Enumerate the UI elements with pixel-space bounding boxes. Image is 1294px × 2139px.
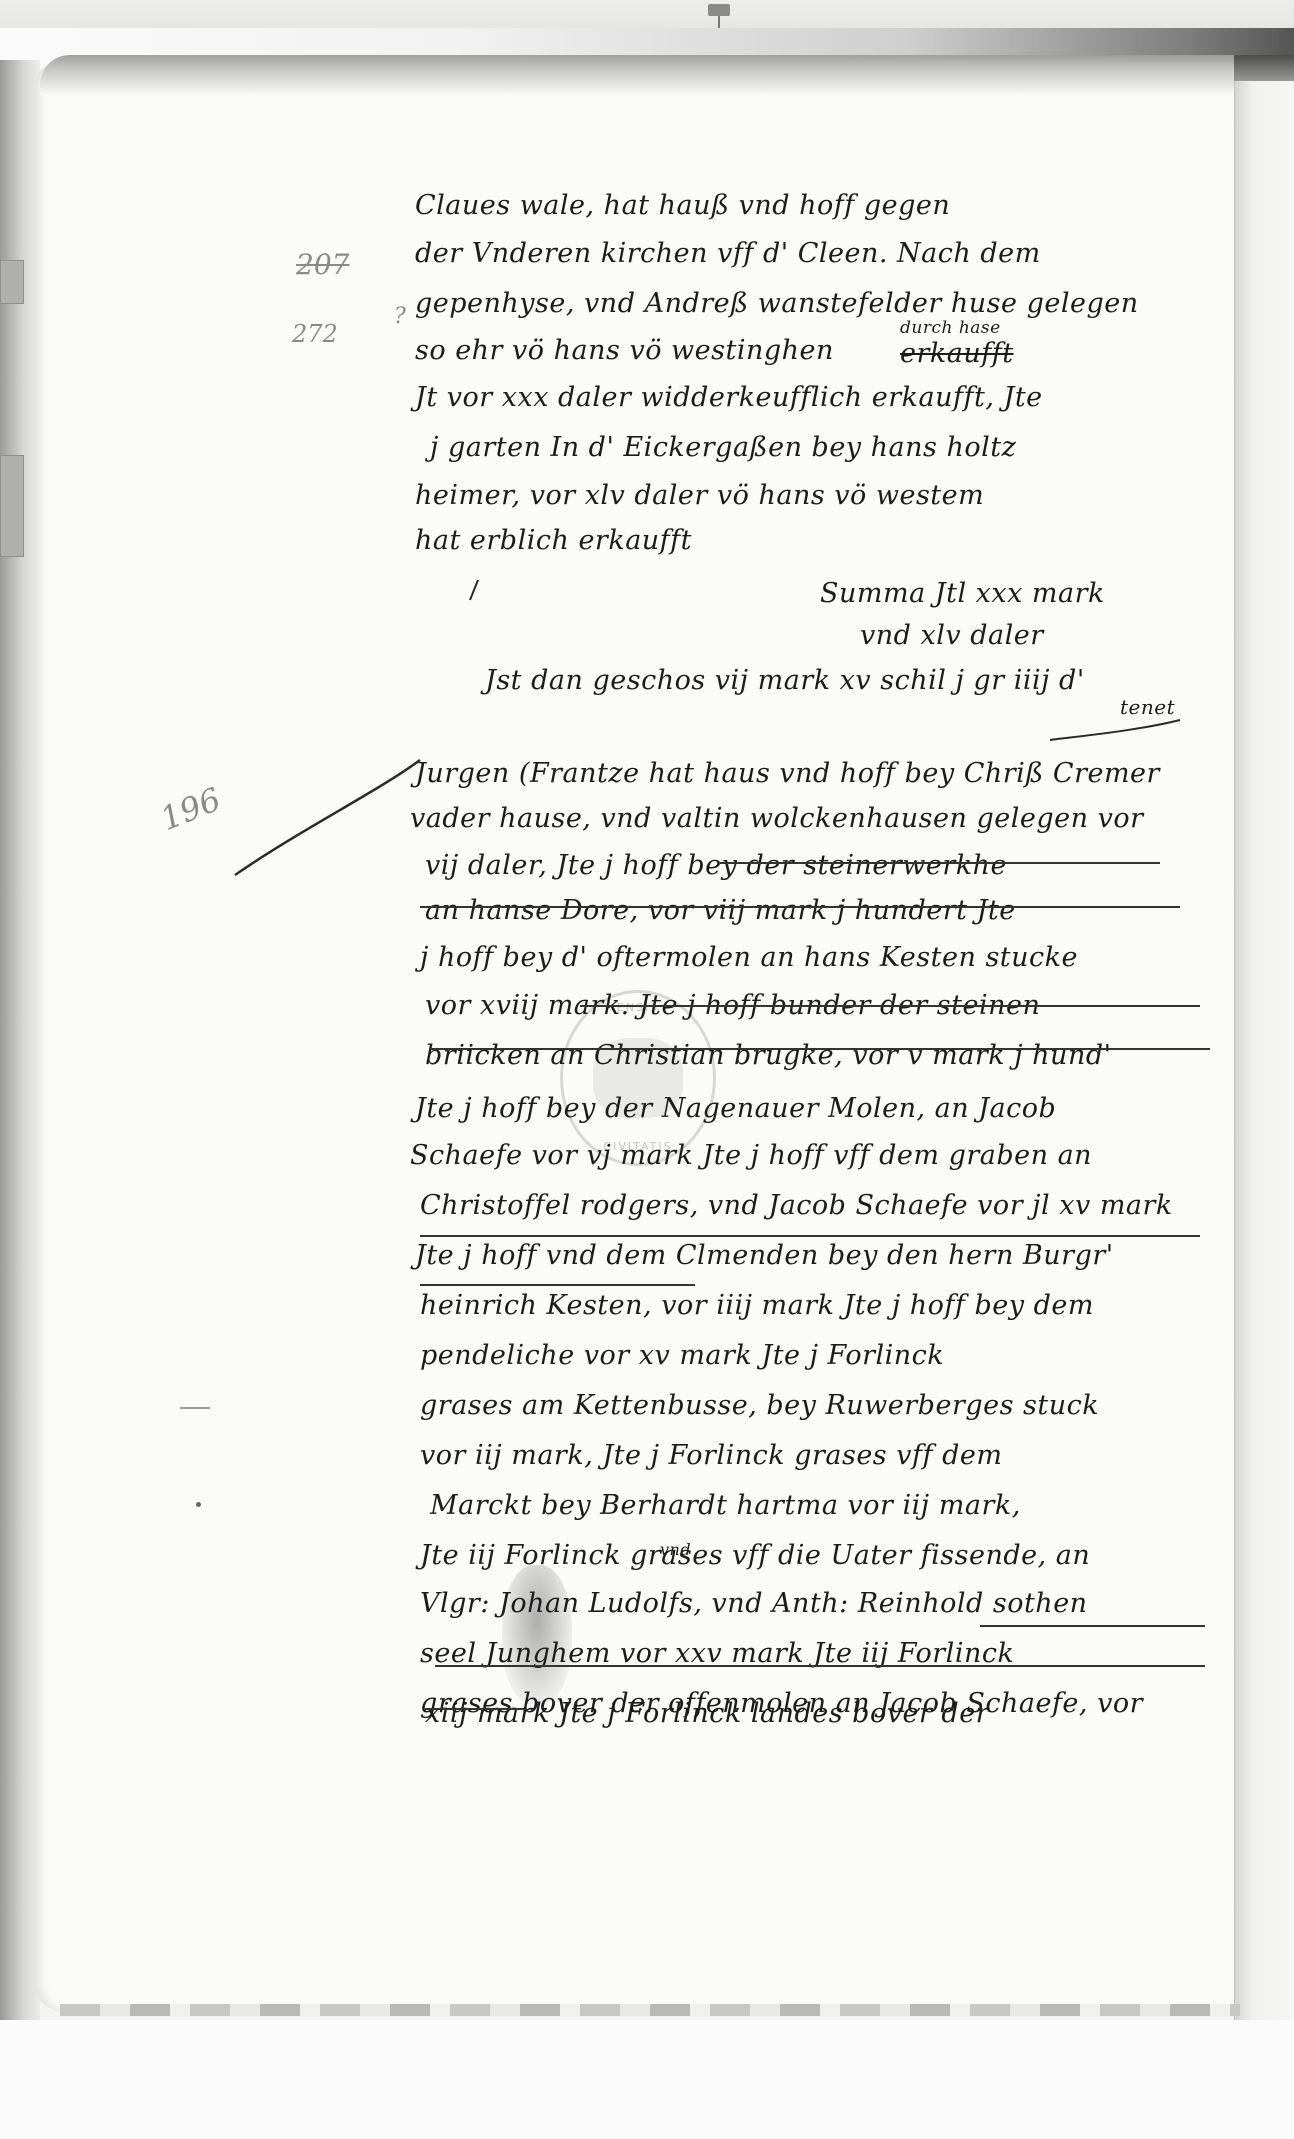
entry1-struck-word: erkaufft [900, 338, 1014, 369]
entry2-line: Schaefe vor vj mark Jte j hoff vff dem g… [410, 1140, 1092, 1171]
margin-dash [180, 1407, 210, 1409]
entry2-line: heinrich Kesten, vor iiij mark Jte j hof… [420, 1290, 1094, 1321]
underline [420, 906, 1180, 908]
entry1-line: hat erblich erkaufft [415, 525, 692, 556]
ink-smudge [502, 1565, 572, 1705]
underline [435, 1665, 1205, 1667]
entry2-line: Marckt bey Berhardt hartma vor iij mark, [430, 1490, 1021, 1521]
margin-dot [196, 1502, 201, 1507]
underline [430, 1048, 1210, 1050]
entry2-line: Christoffel rodgers, vnd Jacob Schaefe v… [420, 1190, 1173, 1221]
underline [425, 1708, 525, 1710]
entry2-line: an hanse Dore, vor viij mark j hundert J… [425, 895, 1016, 926]
entry2-line: Jurgen (Frantze hat haus vnd hoff bey Ch… [415, 758, 1160, 789]
tax-line: Jst dan geschos vij mark xv schil j gr i… [485, 665, 1085, 696]
entry1-line: der Vnderen kirchen vff d' Cleen. Nach d… [415, 238, 1041, 269]
entry2-insertion: vnd [660, 1540, 691, 1559]
entry2-line: j hoff bey d' oftermolen an hans Kesten … [420, 942, 1078, 973]
underline [420, 1235, 1200, 1237]
underline [720, 862, 1160, 864]
underline [420, 1284, 695, 1286]
entry2-line: Jte iij Forlinck grases vff die Uater fi… [420, 1540, 1090, 1571]
entry2-line: xiij mark Jte j Forlinck landes bover de… [425, 1698, 989, 1729]
entry2-line: grases am Kettenbusse, bey Ruwerberges s… [420, 1390, 1099, 1421]
entry1-insertion: durch hase [900, 318, 1001, 338]
underline [580, 1005, 1200, 1007]
entry2-line: vor iij mark, Jte j Forlinck grases vff … [420, 1440, 1002, 1471]
entry1-line: j garten In d' Eickergaßen bey hans holt… [430, 432, 1016, 463]
entry2-line: Vlgr: Johan Ludolfs, vnd Anth: Reinhold … [420, 1588, 1088, 1619]
entry2-line: vij daler, Jte j hoff bey der steinerwer… [425, 850, 1007, 881]
underline [980, 1625, 1205, 1627]
tax-line-tail: tenet [1120, 695, 1175, 719]
entry2-line: vader hause, vnd valtin wolckenhausen ge… [410, 803, 1144, 834]
summa-line-2: vnd xlv daler [860, 620, 1044, 651]
entry1-line: heimer, vor xlv daler vö hans vö westem [415, 480, 984, 511]
summa-line-1: Summa Jtl xxx mark [820, 578, 1105, 609]
entry2-line: briicken an Christian brugke, vor v mark… [425, 1040, 1112, 1071]
entry1-line: so ehr vö hans vö westinghen [415, 335, 834, 366]
entry1-line: gepenhyse, vnd Andreß wanstefelder huse … [415, 288, 1139, 319]
entry1-line: Jt vor xxx daler widderkeufflich erkauff… [415, 382, 1043, 413]
entry2-line: Jte j hoff bey der Nagenauer Molen, an J… [415, 1093, 1056, 1124]
entry1-line: Claues wale, hat hauß vnd hoff gegen [415, 190, 950, 221]
entry2-line: pendeliche vor xv mark Jte j Forlinck [420, 1340, 944, 1371]
entry2-line: Jte j hoff vnd dem Clmenden bey den hern… [415, 1240, 1114, 1271]
